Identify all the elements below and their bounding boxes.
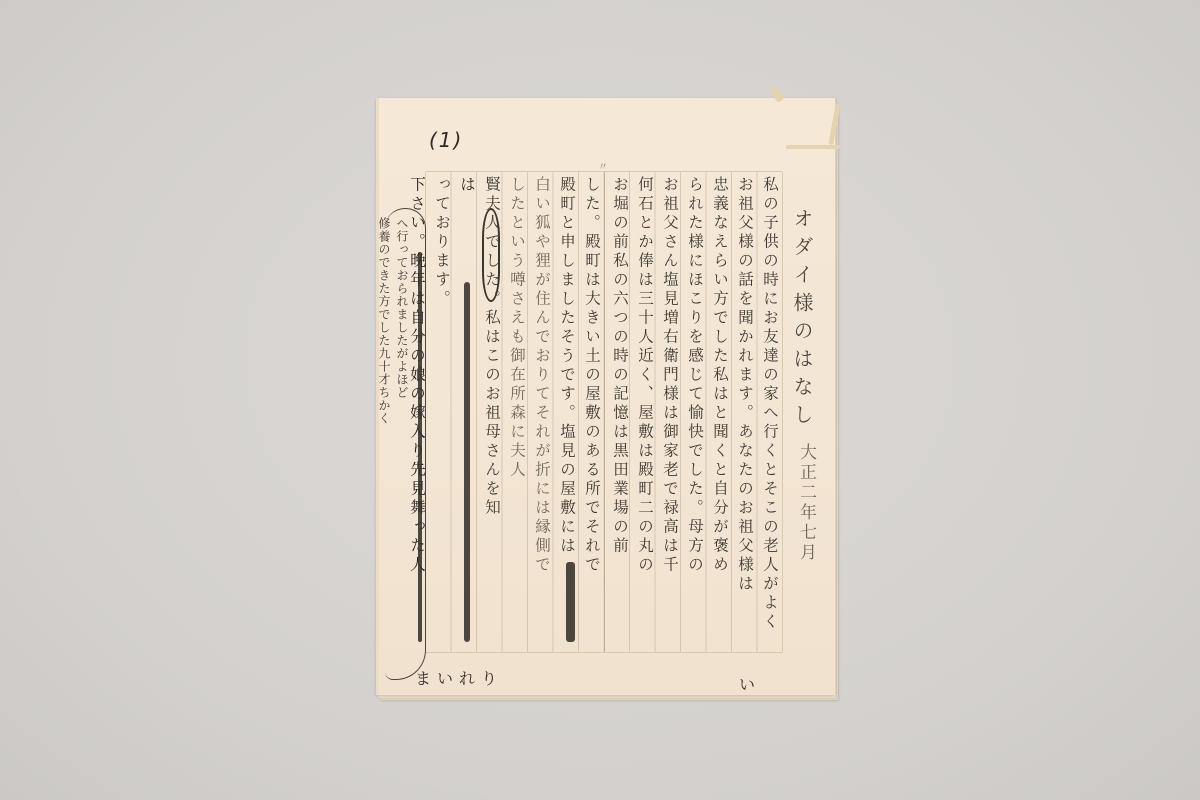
manuscript-column: お祖父さん塩見増右衛門様は御家老で禄高は千: [657, 176, 682, 650]
manuscript-date: 大正二年七月: [795, 443, 819, 563]
circled-deletion: [482, 208, 500, 302]
grid-mark: 〃: [598, 158, 608, 173]
margin-note-line: へ行っておられましたがよほど: [393, 217, 411, 399]
binding-string: [786, 145, 840, 149]
page-number: (1): [429, 128, 463, 152]
manuscript-stack: (1) 〃 私の子供の時にお友達の家へ行くとそこの老人がよく お祖父様の話を聞か…: [376, 98, 838, 698]
manuscript-column: っております。: [429, 176, 454, 650]
strikethrough-mark: [464, 282, 470, 642]
margin-note-line: 修養のできた方でした九十才ちかく: [375, 217, 393, 425]
scribble-mark: [566, 562, 575, 642]
margin-note: へ行っておられましたがよほど 修養のできた方でした九十才ちかく: [385, 208, 426, 680]
manuscript-column: 何石とか俸は三十人近く、屋敷は殿町二の丸の: [632, 176, 657, 650]
grid-center-line: [604, 172, 605, 652]
manuscript-grid: 〃 私の子供の時にお友達の家へ行くとそこの老人がよく お祖父様の話を聞かれます。…: [425, 171, 783, 653]
manuscript-column: られた様にほこりを感じて愉快でした。母方の: [682, 176, 707, 650]
manuscript-column: 私の子供の時にお友達の家へ行くとそこの老人がよく: [757, 176, 782, 650]
bottom-mark: い: [739, 672, 755, 695]
manuscript-column: お祖父様の話を聞かれます。あなたのお祖父様は: [732, 176, 757, 650]
manuscript-column: した。殿町は大きい土の屋敷のある所でそれで: [579, 176, 604, 650]
manuscript-title: オダイ様のはなし: [789, 208, 817, 432]
manuscript-page: (1) 〃 私の子供の時にお友達の家へ行くとそこの老人がよく お祖父様の話を聞か…: [376, 98, 835, 695]
bottom-note: まいれり: [415, 666, 503, 689]
manuscript-column: 白い狐や狸が住んでおりてそれが折には縁側で: [529, 176, 554, 650]
manuscript-column: 忠義なえらい方でした私はと聞くと自分が褒め: [707, 176, 732, 650]
manuscript-column: お堀の前私の六つの時の記憶は黒田業場の前: [607, 176, 632, 650]
manuscript-column: したという噂さえも御在所森に夫人: [504, 176, 529, 650]
